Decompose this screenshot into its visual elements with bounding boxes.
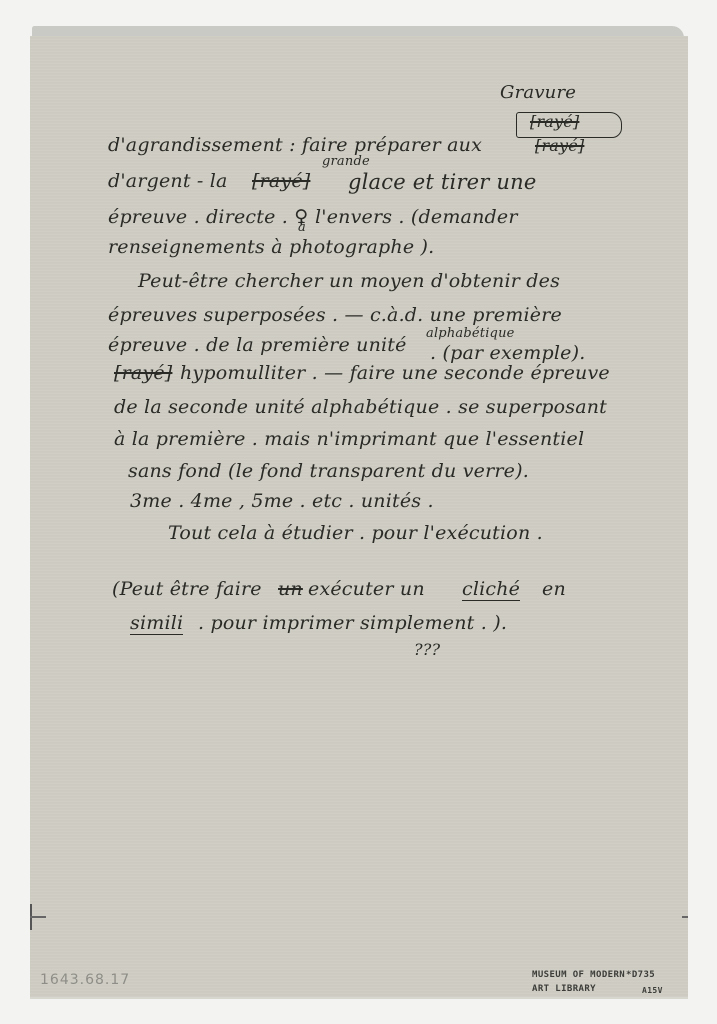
stamp-code-1: *D735 bbox=[626, 970, 655, 980]
line-7-end: . (par exemple). bbox=[430, 342, 585, 364]
line-11: sans fond (le fond transparent du verre)… bbox=[128, 460, 529, 482]
library-stamp-line-1: MUSEUM OF MODERN bbox=[532, 970, 625, 980]
line-14-end: en bbox=[542, 578, 566, 600]
registration-mark-right-tick bbox=[682, 916, 688, 918]
line-13: Tout cela à étudier . pour l'exécution . bbox=[168, 522, 543, 544]
registration-mark-left-tick bbox=[30, 916, 46, 918]
line-16-question-marks: ??? bbox=[414, 640, 440, 659]
line-14-crossed: un bbox=[278, 578, 303, 600]
line-2-end: glace et tirer une bbox=[348, 170, 537, 194]
line-7-start: épreuve . de la première unité bbox=[108, 334, 407, 356]
line-4: renseignements à photographe ). bbox=[108, 236, 434, 258]
line-2-start: d'argent - la bbox=[108, 170, 228, 192]
stamp-code-2: A15V bbox=[642, 986, 663, 995]
line-8-crossed: [rayé] bbox=[114, 362, 172, 384]
line-1: d'agrandissement : faire préparer aux bbox=[108, 134, 482, 156]
line-3-end: l'envers . (demander bbox=[315, 206, 518, 228]
line-14-start: (Peut être faire bbox=[112, 578, 262, 600]
line-14-underlined: cliché bbox=[462, 578, 520, 601]
line-12: 3me . 4me , 5me . etc . unités . bbox=[130, 490, 434, 512]
line-10: à la première . mais n'imprimant que l'e… bbox=[114, 428, 584, 450]
line-8: hypomulliter . — faire une seconde épreu… bbox=[180, 362, 610, 384]
document-viewer: Gravure [rayé] d'agrandissement : faire … bbox=[0, 0, 717, 1024]
line-2-insert: grande bbox=[322, 154, 370, 169]
line-15: . pour imprimer simplement . ). bbox=[198, 612, 507, 634]
line-14-middle: exécuter un bbox=[308, 578, 425, 600]
line-5: Peut-être chercher un moyen d'obtenir de… bbox=[138, 270, 560, 292]
line-2-crossed: [rayé] bbox=[252, 170, 310, 192]
pencil-accession-number: 1643.68.17 bbox=[40, 972, 130, 988]
line-1-crossed: [rayé] bbox=[535, 136, 584, 155]
line-9: de la seconde unité alphabétique . se su… bbox=[114, 396, 607, 418]
manuscript-page: Gravure [rayé] d'agrandissement : faire … bbox=[30, 36, 688, 999]
line-7-insert: alphabétique bbox=[426, 326, 515, 341]
line-15-underlined: simili bbox=[130, 612, 183, 635]
line-3-start: épreuve . directe . ♀ bbox=[108, 206, 308, 228]
corner-note-word: Gravure bbox=[500, 82, 576, 103]
library-stamp-line-2: ART LIBRARY bbox=[532, 984, 596, 994]
line-6: épreuves superposées . — c.à.d. une prem… bbox=[108, 304, 562, 326]
line-3-insert: à bbox=[298, 220, 306, 235]
crossed-word-boxed: [rayé] bbox=[530, 112, 579, 131]
